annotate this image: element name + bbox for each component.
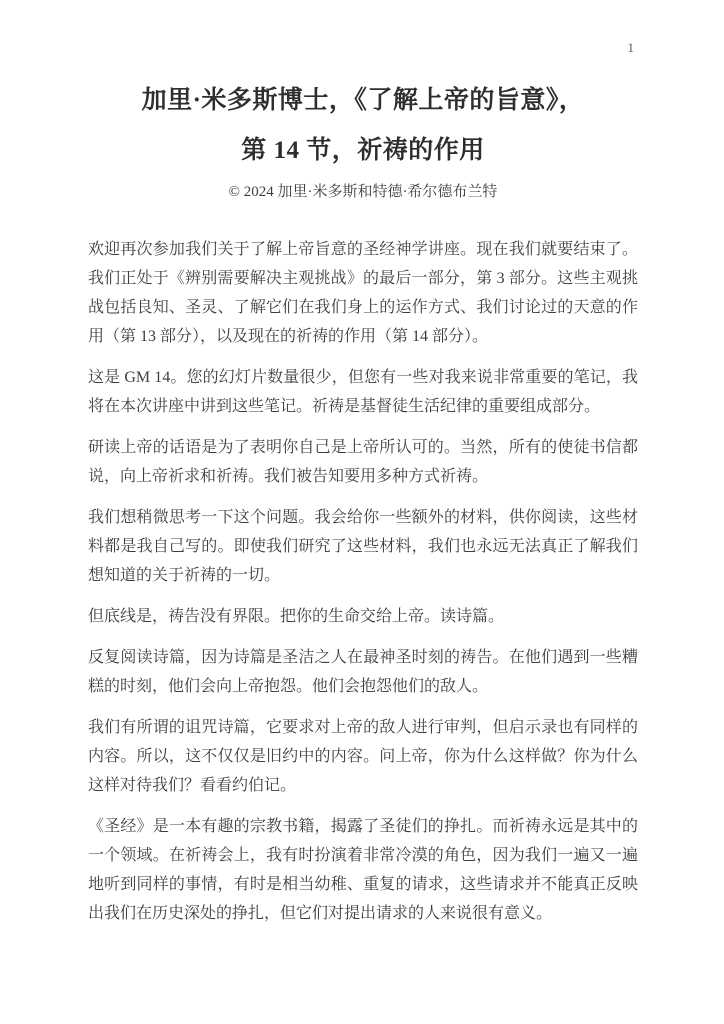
body-paragraph: 研读上帝的话语是为了表明你自己是上帝所认可的。当然，所有的使徒书信都说，向上帝祈…: [88, 433, 638, 491]
document-title: 加里·米多斯博士，《了解上帝的旨意》， 第 14 节，祈祷的作用: [88, 76, 638, 176]
body-paragraph: 《圣经》是一本有趣的宗教书籍，揭露了圣徒们的挣扎。而祈祷永远是其中的一个领域。在…: [88, 812, 638, 928]
body-paragraph: 欢迎再次参加我们关于了解上帝旨意的圣经神学讲座。现在我们就要结束了。我们正处于《…: [88, 235, 638, 351]
document-page: 1 加里·米多斯博士，《了解上帝的旨意》， 第 14 节，祈祷的作用 © 202…: [0, 0, 724, 1024]
document-title-line-1: 加里·米多斯博士，《了解上帝的旨意》，: [88, 76, 638, 126]
body-paragraph: 但底线是，祷告没有界限。把你的生命交给上帝。读诗篇。: [88, 602, 638, 631]
document-body: 欢迎再次参加我们关于了解上帝旨意的圣经神学讲座。现在我们就要结束了。我们正处于《…: [88, 235, 638, 928]
body-paragraph: 我们有所谓的诅咒诗篇，它要求对上帝的敌人进行审判，但启示录也有同样的内容。所以，…: [88, 713, 638, 800]
document-title-line-2: 第 14 节，祈祷的作用: [88, 126, 638, 176]
body-paragraph: 反复阅读诗篇，因为诗篇是圣洁之人在最神圣时刻的祷告。在他们遇到一些糟糕的时刻，他…: [88, 643, 638, 701]
body-paragraph: 这是 GM 14。您的幻灯片数量很少，但您有一些对我来说非常重要的笔记，我将在本…: [88, 363, 638, 421]
page-number: 1: [628, 40, 635, 56]
body-paragraph: 我们想稍微思考一下这个问题。我会给你一些额外的材料，供你阅读，这些材料都是我自己…: [88, 503, 638, 590]
copyright-line: © 2024 加里·米多斯和特德·希尔德布兰特: [88, 180, 638, 201]
